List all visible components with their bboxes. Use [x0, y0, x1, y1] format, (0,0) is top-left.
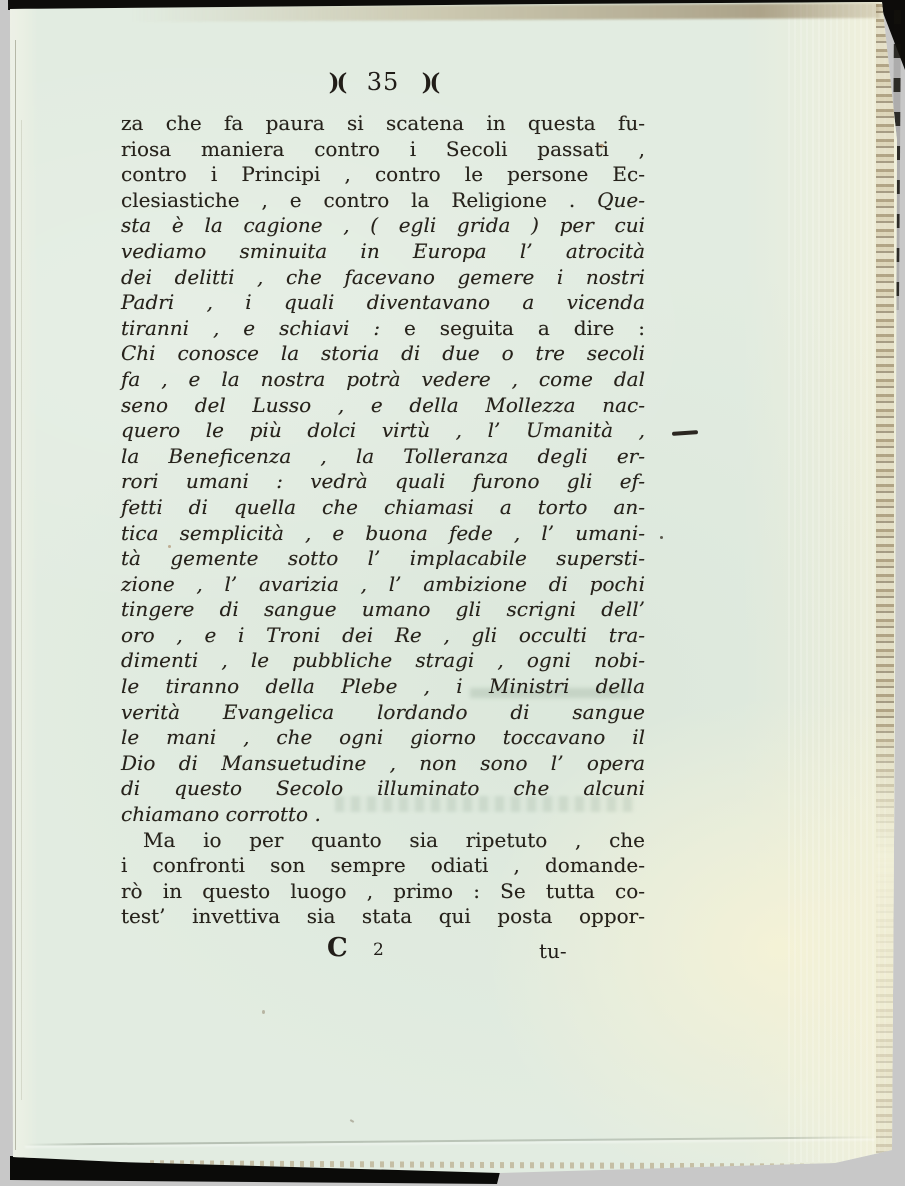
text-line: dei delitti , che facevano gemere i nost…: [121, 265, 645, 291]
text-segment-italic: Dio di Mansuetudine , non sono l’ opera: [121, 751, 645, 775]
text-line: oro , e i Troni dei Re , gli occulti tra…: [121, 623, 645, 649]
text-segment-roman: contro i Principi , contro le persone Ec…: [121, 162, 645, 186]
gutter-fold-line: [15, 40, 16, 1150]
text-line: chiamano corrotto .: [121, 802, 645, 828]
text-segment-italic: Que-: [597, 188, 645, 212]
page-number: 35: [367, 68, 400, 96]
text-segment-italic: dei delitti , che facevano gemere i nost…: [121, 265, 645, 289]
text-segment-roman: za che fa paura si scatena in questa fu-: [121, 111, 645, 135]
header-ornament-right: )(: [422, 69, 438, 96]
deckle-edge: [876, 4, 894, 1154]
page-header: )( 35 )(: [121, 68, 645, 96]
text-line: rori umani : vedrà quali furono gli ef-: [121, 469, 645, 495]
text-segment-italic: vediamo sminuita in Europa l’ atrocità: [121, 239, 645, 263]
bottom-crease-line: [25, 1136, 875, 1145]
text-line: fetti di quella che chiamasi a torto an-: [121, 495, 645, 521]
text-segment-italic: le mani , che ogni giorno toccavano il: [121, 725, 645, 749]
text-segment-italic: fa , e la nostra potrà vedere , come dal: [121, 367, 645, 391]
text-line: tiranni , e schiavi : e seguita a dire :: [121, 316, 645, 342]
text-segment-italic: dimenti , le pubbliche stragi , ogni nob…: [121, 648, 645, 672]
text-segment-roman: i confronti son sempre odiati , domande-: [121, 853, 645, 877]
text-line: seno del Lusso , e della Mollezza nac-: [121, 393, 645, 419]
text-line: i confronti son sempre odiati , domande-: [121, 853, 645, 879]
paper-stain-speck: [262, 1010, 265, 1014]
text-lines: za che fa paura si scatena in questa fu-…: [121, 111, 645, 930]
text-segment-roman: Ma io per quanto sia ripetuto , che: [143, 828, 645, 852]
text-segment-italic: fetti di quella che chiamasi a torto an-: [121, 495, 645, 519]
text-line: le tiranno della Plebe , i Ministri dell…: [121, 674, 645, 700]
text-segment-italic: le tiranno della Plebe , i Ministri dell…: [121, 674, 645, 698]
gathering-signature-letter: C: [327, 933, 348, 963]
page-right-edge-streaks: [788, 4, 888, 1162]
text-line: clesiastiche , e contro la Religione . Q…: [121, 188, 645, 214]
text-line: sta è la cagione , ( egli grida ) per cu…: [121, 213, 645, 239]
text-line: Ma io per quanto sia ripetuto , che: [121, 828, 645, 854]
text-segment-roman: clesiastiche , e contro la Religione .: [121, 188, 597, 212]
text-line: le mani , che ogni giorno toccavano il: [121, 725, 645, 751]
text-line: la Beneficenza , la Tolleranza degli er-: [121, 444, 645, 470]
text-segment-italic: seno del Lusso , e della Mollezza nac-: [121, 393, 645, 417]
gutter-fold-line-faint: [21, 120, 22, 1100]
text-segment-italic: di questo Secolo illuminato che alcuni: [121, 776, 645, 800]
text-line: Chi conosce la storia di due o tre secol…: [121, 341, 645, 367]
text-line: tà gemente sotto l’ implacabile supersti…: [121, 546, 645, 572]
margin-ink-dash-mark: [672, 430, 698, 436]
text-line: za che fa paura si scatena in questa fu-: [121, 111, 645, 137]
text-segment-roman: e seguita a dire :: [404, 316, 645, 340]
text-segment-italic: tiranni , e schiavi :: [121, 316, 404, 340]
text-segment-italic: rori umani : vedrà quali furono gli ef-: [121, 469, 645, 493]
text-line: di questo Secolo illuminato che alcuni: [121, 776, 645, 802]
header-ornament-left: )(: [329, 69, 345, 96]
text-segment-italic: verità Evangelica lordando di sangue: [121, 700, 645, 724]
gathering-signature-number: 2: [373, 940, 384, 960]
text-segment-roman: rò in questo luogo , primo : Se tutta co…: [121, 879, 645, 903]
signature-row: C 2 tu-: [121, 933, 645, 963]
text-line: vediamo sminuita in Europa l’ atrocità: [121, 239, 645, 265]
text-line: riosa maniera contro i Secoli passati ,: [121, 137, 645, 163]
text-line: tingere di sangue umano gli scrigni dell…: [121, 597, 645, 623]
text-line: test’ invettiva sia stata qui posta oppo…: [121, 904, 645, 930]
text-line: zione , l’ avarizia , l’ ambizione di po…: [121, 572, 645, 598]
text-segment-italic: tica semplicità , e buona fede , l’ uman…: [121, 521, 645, 545]
text-segment-italic: chiamano corrotto .: [121, 802, 321, 826]
text-segment-italic: oro , e i Troni dei Re , gli occulti tra…: [121, 623, 645, 647]
text-segment-roman: riosa maniera contro i Secoli passati ,: [121, 137, 645, 161]
paper-stain-speck: [350, 1119, 354, 1123]
text-line: contro i Principi , contro le persone Ec…: [121, 162, 645, 188]
text-segment-italic: tà gemente sotto l’ implacabile supersti…: [121, 546, 645, 570]
text-line: verità Evangelica lordando di sangue: [121, 700, 645, 726]
text-segment-italic: la Beneficenza , la Tolleranza degli er-: [121, 444, 645, 468]
text-line: Padri , i quali diventavano a vicenda: [121, 290, 645, 316]
text-line: fa , e la nostra potrà vedere , come dal: [121, 367, 645, 393]
text-line: Dio di Mansuetudine , non sono l’ opera: [121, 751, 645, 777]
book-page: )( 35 )( za che fa paura si scatena in q…: [0, 0, 905, 1186]
text-segment-italic: Padri , i quali diventavano a vicenda: [121, 290, 645, 314]
text-segment-italic: tingere di sangue umano gli scrigni dell…: [121, 597, 645, 621]
text-segment-italic: zione , l’ avarizia , l’ ambizione di po…: [121, 572, 645, 596]
text-segment-italic: sta è la cagione , ( egli grida ) per cu…: [121, 213, 645, 237]
ink-speck: [660, 536, 663, 539]
scanned-page-photo: )( 35 )( za che fa paura si scatena in q…: [0, 0, 905, 1186]
text-line: tica semplicità , e buona fede , l’ uman…: [121, 521, 645, 547]
text-segment-italic: Chi conosce la storia di due o tre secol…: [121, 341, 645, 365]
catchword: tu-: [539, 939, 567, 963]
text-segment-italic: quero le più dolci virtù , l’ Umanità ,: [121, 418, 645, 442]
text-segment-roman: test’ invettiva sia stata qui posta oppo…: [121, 904, 645, 928]
text-line: dimenti , le pubbliche stragi , ogni nob…: [121, 648, 645, 674]
text-line: quero le più dolci virtù , l’ Umanità ,: [121, 418, 645, 444]
text-line: rò in questo luogo , primo : Se tutta co…: [121, 879, 645, 905]
page-left-edge: [8, 0, 38, 1170]
